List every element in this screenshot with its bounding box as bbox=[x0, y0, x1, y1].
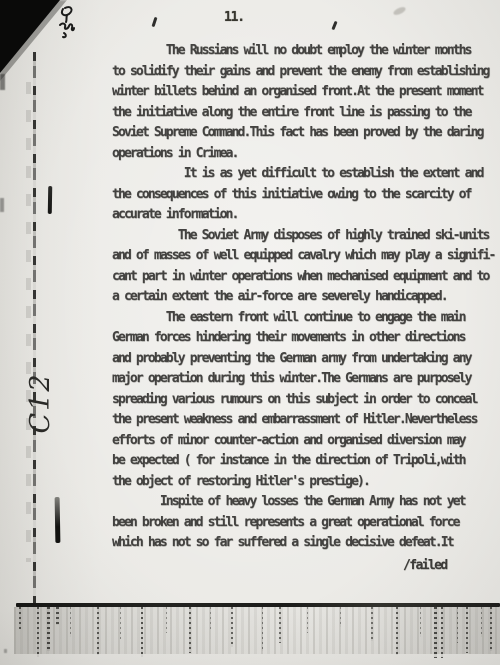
scan-band-streak bbox=[189, 607, 191, 653]
typewritten-line: major operation during this winter.The G… bbox=[112, 369, 500, 390]
scan-band-streak bbox=[166, 607, 167, 633]
scan-band-streak bbox=[457, 607, 458, 643]
scan-band-streak bbox=[434, 607, 437, 658]
scan-bottom-edge-band bbox=[0, 601, 500, 658]
typewritten-body: The Russians will no doubt employ the wi… bbox=[112, 41, 500, 554]
pen-stroke-mark bbox=[48, 186, 52, 214]
typewritten-line: which has not so far suffered a single d… bbox=[112, 533, 500, 554]
scan-band-streak bbox=[120, 607, 121, 639]
typewritten-line: a certain extent the air-force are sever… bbox=[112, 287, 500, 308]
scan-band-streak bbox=[371, 607, 373, 641]
scan-band-streak bbox=[262, 607, 263, 651]
scan-band-streak bbox=[466, 607, 468, 653]
typewritten-line: winter billets behind an organised front… bbox=[112, 82, 500, 103]
typewritten-line: accurate information. bbox=[112, 205, 500, 226]
scan-band-streak bbox=[279, 607, 281, 643]
scan-band-texture bbox=[14, 607, 500, 654]
scan-edge-mark bbox=[0, 198, 4, 212]
continuation-catchword: /failed bbox=[403, 558, 447, 573]
typewritten-line: Soviet Supreme Command.This fact has bee… bbox=[112, 123, 500, 144]
scan-band-streak bbox=[97, 607, 99, 655]
scan-band-streak bbox=[19, 607, 21, 629]
typewritten-line: Inspite of heavy losses the German Army … bbox=[112, 492, 500, 513]
typewritten-line: German forces hindering their movements … bbox=[112, 328, 500, 349]
scan-band-streak bbox=[340, 607, 341, 627]
typewritten-line: be expected ( for instance in the direct… bbox=[112, 451, 500, 472]
typewritten-line: the present weakness and embarrassment o… bbox=[112, 410, 500, 431]
handwritten-scribble-mark bbox=[55, 4, 77, 40]
typewritten-line: It is as yet difficult to establish the … bbox=[112, 164, 500, 185]
typewritten-line: been broken and still represents a great… bbox=[112, 513, 500, 534]
typewritten-line: operations in Crimea. bbox=[112, 144, 500, 165]
scan-band-streak bbox=[307, 607, 308, 633]
scanned-document-page: 11. C12 The Russians will no doubt emplo… bbox=[0, 0, 500, 665]
typewritten-line: The Soviet Army disposes of highly train… bbox=[112, 226, 500, 247]
typewritten-line: the initiative along the entire front li… bbox=[112, 103, 500, 124]
pen-stroke-mark bbox=[55, 497, 61, 543]
scan-band-streak bbox=[210, 607, 211, 629]
scan-band-streak bbox=[231, 607, 233, 647]
typewritten-line: the object of restoring Hitler's prestig… bbox=[112, 472, 500, 493]
scan-band-streak bbox=[141, 607, 143, 657]
typewritten-line: to solidify their gains and prevent the … bbox=[112, 62, 500, 83]
page-number: 11. bbox=[224, 10, 244, 25]
typewritten-line: and of masses of well equipped cavalry w… bbox=[112, 246, 500, 267]
scan-band-streak bbox=[37, 607, 39, 657]
scan-band-streak bbox=[420, 607, 421, 637]
handwritten-margin-note: C12 bbox=[20, 372, 62, 434]
scan-band-streak bbox=[396, 607, 398, 655]
scan-band-streak bbox=[47, 607, 50, 651]
typewritten-line: The Russians will no doubt employ the wi… bbox=[112, 41, 500, 62]
typewritten-line: cant part in winter operations when mech… bbox=[112, 267, 500, 288]
typewritten-line: The eastern front will continue to engag… bbox=[112, 308, 500, 329]
scan-band-streak bbox=[481, 607, 482, 637]
scan-edge-mark bbox=[0, 74, 5, 90]
typewritten-line: efforts of minor counter-action and orga… bbox=[112, 431, 500, 452]
typewritten-line: spreading various rumours on this subjec… bbox=[112, 390, 500, 411]
scan-band-streak bbox=[70, 607, 71, 637]
scan-band-streak bbox=[56, 607, 59, 625]
scan-band-streak bbox=[490, 607, 492, 651]
scan-fold-line bbox=[33, 52, 36, 605]
typewritten-line: and probably preventing the German army … bbox=[112, 349, 500, 370]
scan-band-streak bbox=[441, 607, 443, 658]
typewritten-line: the consequences of this initiative owin… bbox=[112, 185, 500, 206]
